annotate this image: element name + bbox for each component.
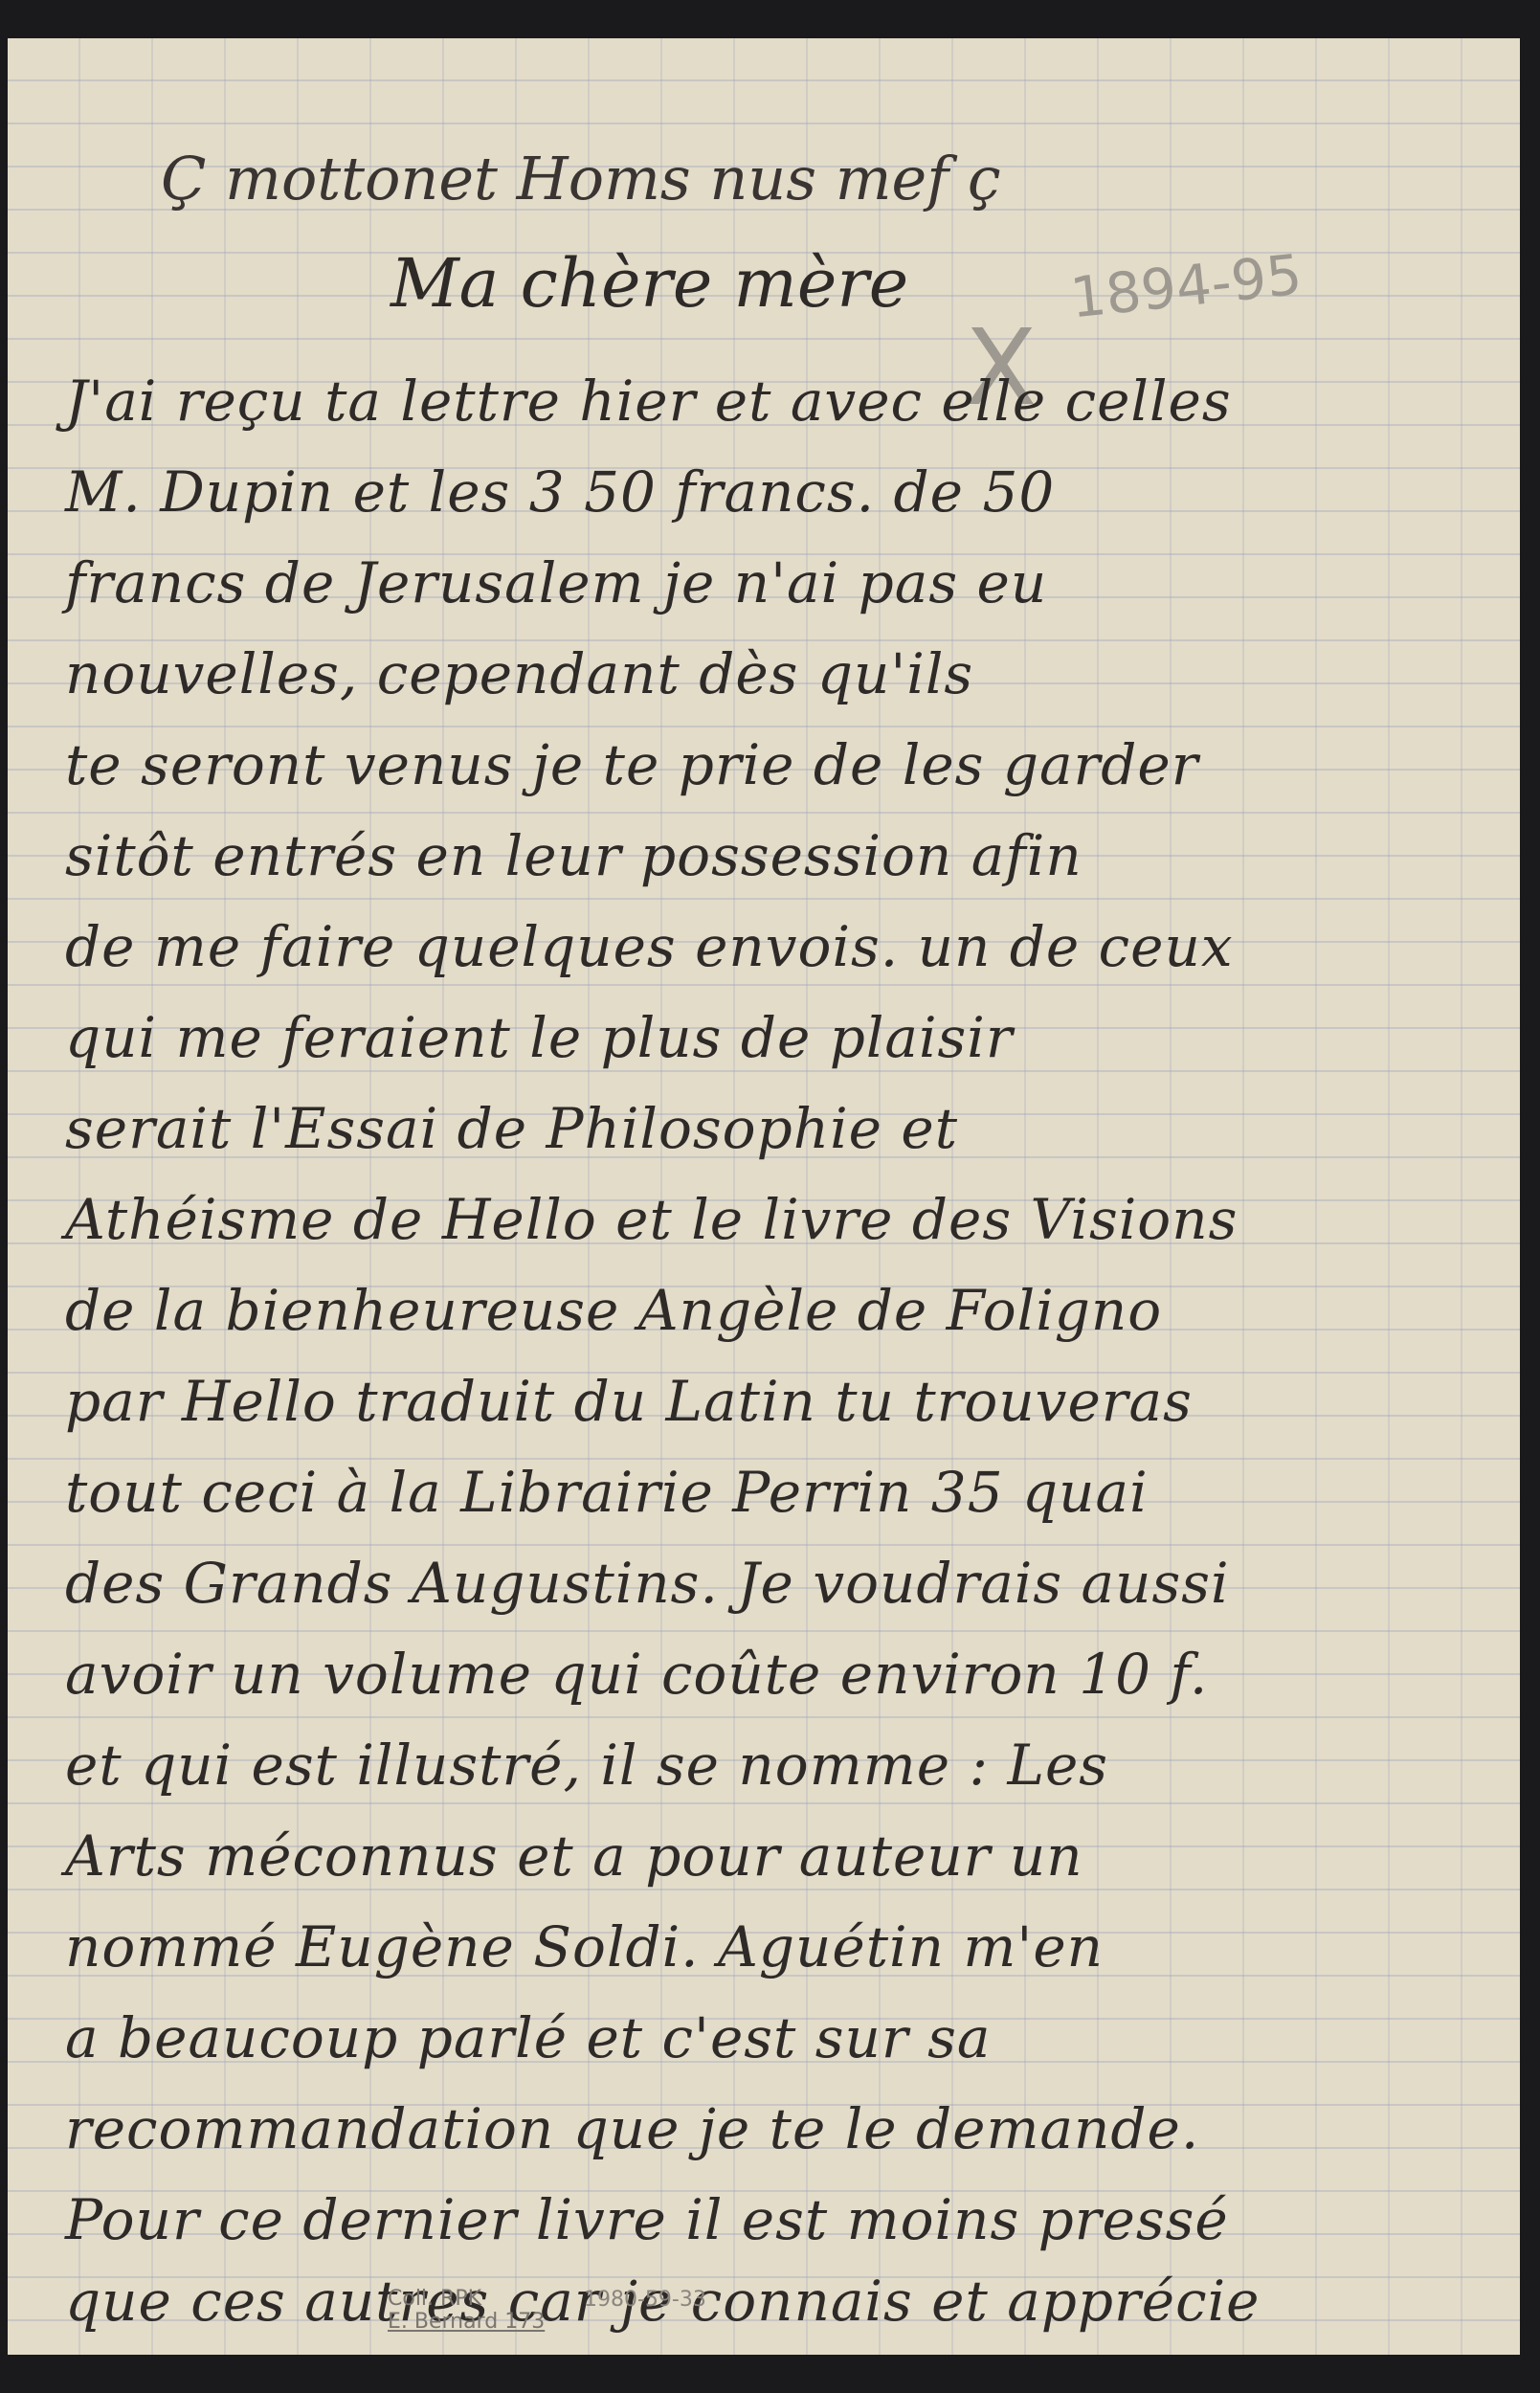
body-line: Arts méconnus et a pour auteur un	[65, 1823, 1482, 1889]
body-line: francs de Jerusalem je n'ai pas eu	[65, 550, 1482, 615]
body-line: qui me feraient le plus de plaisir	[65, 1005, 1482, 1070]
body-line: J'ai reçu ta lettre hier et avec elle ce…	[65, 369, 1482, 434]
body-line: de la bienheureuse Angèle de Foligno	[65, 1278, 1482, 1343]
body-line: tout ceci à la Librairie Perrin 35 quai	[65, 1460, 1482, 1525]
pencil-date: 1894-95	[1067, 242, 1305, 331]
body-line: sitôt entrés en leur possession afin	[65, 823, 1482, 888]
archive-note-collection: Coll. RPK	[388, 2288, 545, 2311]
body-line: par Hello traduit du Latin tu trouveras	[65, 1369, 1482, 1434]
letter-page: Ç mottonet Homs nus mef ç Ma chère mère …	[8, 38, 1520, 2355]
body-line: des Grands Augustins. Je voudrais aussi	[65, 1551, 1482, 1616]
body-line: Athéisme de Hello et le livre des Vision…	[65, 1187, 1482, 1252]
body-line: a beaucoup parlé et c'est sur sa	[65, 2005, 1482, 2070]
body-line: M. Dupin et les 3 50 francs. de 50	[65, 459, 1482, 525]
body-line: que ces autres car je connais et appréci…	[65, 2269, 1482, 2334]
body-line: de me faire quelques envois. un de ceux	[65, 914, 1482, 979]
salutation: Ma chère mère	[391, 244, 908, 323]
body-line: recommandation que je te le demande.	[65, 2096, 1482, 2161]
body-line: nouvelles, cependant dès qu'ils	[65, 641, 1482, 706]
body-line: et qui est illustré, il se nomme : Les	[65, 1733, 1482, 1798]
body-line: Pour ce dernier livre il est moins press…	[65, 2187, 1482, 2252]
archive-note-reference: E. Bernard 173	[388, 2311, 545, 2334]
body-line: avoir un volume qui coûte environ 10 f.	[65, 1642, 1482, 1707]
body-line: te seront venus je te prie de les garder	[65, 732, 1482, 797]
archive-note: Coll. RPK E. Bernard 173	[388, 2288, 545, 2334]
inventory-number: 1980-59-33	[584, 2288, 706, 2312]
body-line: nommé Eugène Soldi. Aguétin m'en	[65, 1914, 1482, 1979]
body-line: serait l'Essai de Philosophie et	[65, 1096, 1482, 1161]
header-note: Ç mottonet Homs nus mef ç	[161, 144, 1001, 213]
